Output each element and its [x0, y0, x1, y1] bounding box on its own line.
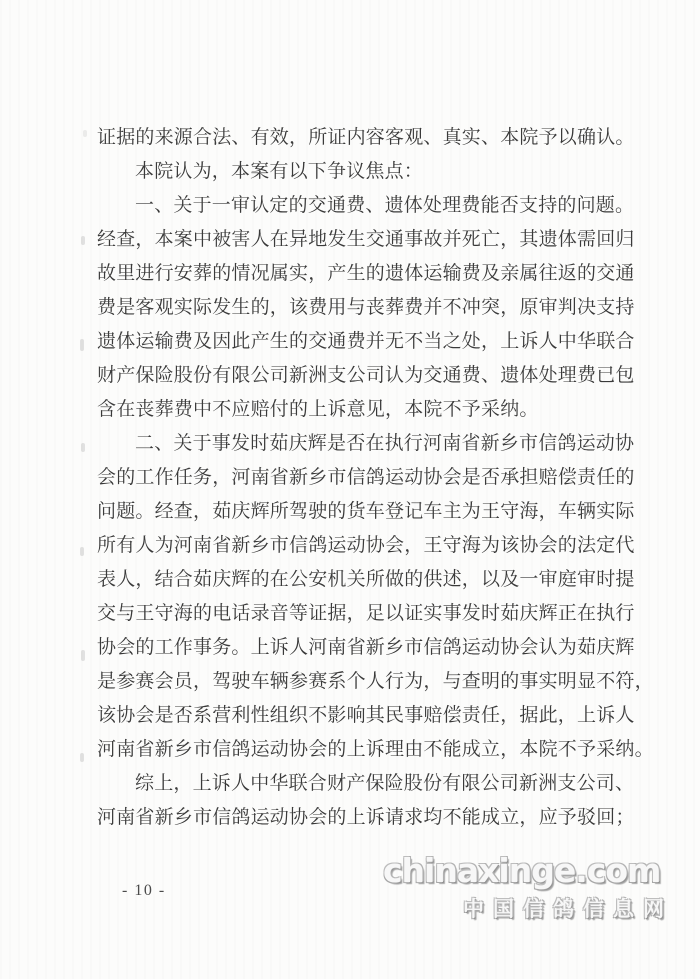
text-line: 经查，本案中被害人在异地发生交通事故并死亡，其遗体需回归 — [97, 223, 642, 257]
text-line: 故里进行安葬的情况属实，产生的遗体运输费及亲属往返的交通 — [97, 257, 642, 291]
text-line: 会的工作任务，河南省新乡市信鸽运动协会是否承担赔偿责任的 — [97, 461, 642, 495]
text-line: 该协会是否系营利性组织不影响其民事赔偿责任，据此，上诉人 — [97, 699, 642, 733]
text-line: 交与王守海的电话录音等证据，足以证实事发时茹庆辉正在执行 — [97, 597, 642, 631]
text-line: 本院认为，本案有以下争议焦点： — [97, 155, 642, 189]
watermark-domain-text: chinaxinge.com — [383, 851, 660, 890]
text-line: 问题。经查，茹庆辉所驾驶的货车登记车主为王守海，车辆实际 — [97, 495, 642, 529]
scan-artifact — [80, 753, 84, 762]
text-line: 费是客观实际发生的，该费用与丧葬费并不冲突，原审判决支持 — [97, 291, 642, 325]
text-line: 河南省新乡市信鸽运动协会的上诉理由不能成立，本院不予采纳。 — [97, 733, 642, 767]
text-line: 综上，上诉人中华联合财产保险股份有限公司新洲支公司、 — [97, 767, 642, 801]
text-line: 遗体运输费及因此产生的交通费并无不当之处，上诉人中华联合 — [97, 325, 642, 359]
text-line: 所有人为河南省新乡市信鸽运动协会，王守海为该协会的法定代 — [97, 529, 642, 563]
text-line: 二、关于事发时茹庆辉是否在执行河南省新乡市信鸽运动协 — [97, 427, 642, 461]
text-line: 含在丧葬费中不应赔付的上诉意见，本院不予采纳。 — [97, 393, 642, 427]
page-number: - 10 - — [122, 882, 166, 900]
text-line: 证据的来源合法、有效，所证内容客观、真实、本院予以确认。 — [97, 121, 642, 155]
judgment-body-text: 证据的来源合法、有效，所证内容客观、真实、本院予以确认。本院认为，本案有以下争议… — [97, 121, 642, 835]
scan-artifact — [80, 339, 84, 351]
text-line: 表人，结合茹庆辉的在公安机关所做的供述，以及一审庭审时提 — [97, 563, 642, 597]
scan-artifact — [81, 650, 85, 661]
scanned-judgment-page: 证据的来源合法、有效，所证内容客观、真实、本院予以确认。本院认为，本案有以下争议… — [0, 0, 700, 979]
scan-artifact — [81, 236, 85, 245]
text-line: 财产保险股份有限公司新洲支公司认为交通费、遗体处理费已包 — [97, 359, 642, 393]
scan-artifact — [80, 547, 84, 556]
watermark-site-name: 中国信鸽信息网 — [463, 893, 673, 923]
text-line: 协会的工作事务。上诉人河南省新乡市信鸽运动协会认为茹庆辉 — [97, 631, 642, 665]
scan-artifact — [81, 443, 85, 452]
text-line: 河南省新乡市信鸽运动协会的上诉请求均不能成立，应予驳回； — [97, 801, 642, 835]
text-line: 一、关于一审认定的交通费、遗体处理费能否支持的问题。 — [97, 189, 642, 223]
scan-artifact — [83, 130, 87, 137]
text-line: 是参赛会员，驾驶车辆参赛系个人行为，与查明的事实明显不符， — [97, 665, 642, 699]
